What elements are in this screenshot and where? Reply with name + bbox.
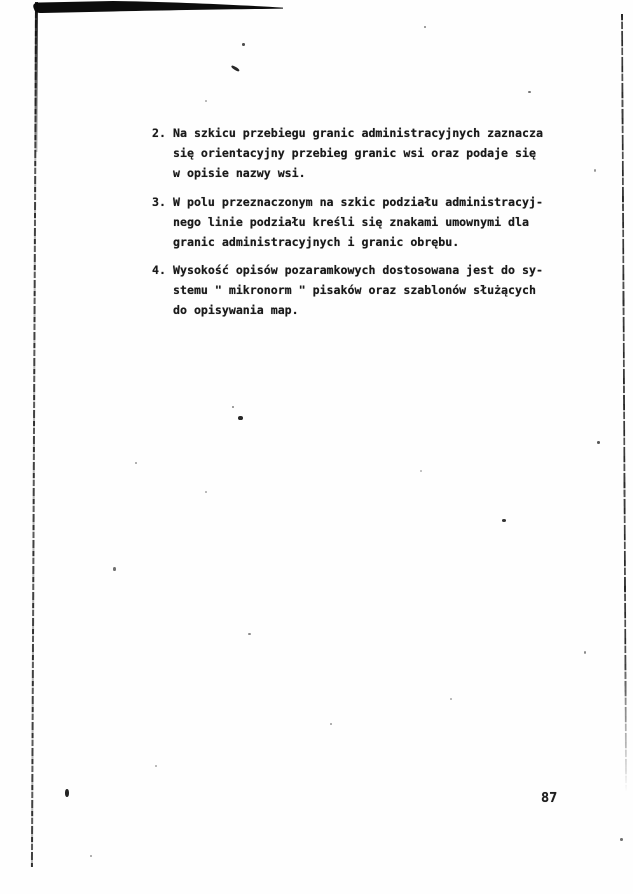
scan-artifact-top-edge bbox=[28, 0, 290, 16]
scan-speck bbox=[450, 698, 452, 700]
scan-artifact-left-edge bbox=[31, 5, 37, 867]
paragraph-item-4: 4. Wysokość opisów pozaramkowych dostoso… bbox=[152, 260, 572, 320]
scan-speck bbox=[90, 855, 92, 857]
scan-artifact-right-edge bbox=[621, 14, 627, 792]
scan-speck bbox=[620, 838, 623, 841]
scan-speck bbox=[420, 470, 422, 472]
scan-speck bbox=[65, 789, 69, 797]
scan-speck bbox=[424, 26, 426, 28]
paragraph-number: 3. bbox=[152, 192, 166, 212]
text-line: Na szkicu przebiegu granic administracyj… bbox=[152, 123, 572, 143]
scan-speck bbox=[242, 43, 245, 46]
scan-speck bbox=[232, 406, 234, 408]
paragraph-item-3: 3. W polu przeznaczonym na szkic podział… bbox=[152, 192, 572, 252]
text-line: granic administracyjnych i granic obrębu… bbox=[152, 232, 572, 252]
scan-speck bbox=[113, 567, 116, 571]
scan-speck bbox=[597, 441, 600, 444]
scan-speck bbox=[205, 491, 207, 493]
text-line: nego linie podziału kreśli się znakami u… bbox=[152, 212, 572, 232]
scan-speck bbox=[528, 91, 531, 93]
scan-speck bbox=[155, 765, 157, 767]
text-line: W polu przeznaczonym na szkic podziału a… bbox=[152, 192, 572, 212]
text-line: stemu " mikronorm " pisaków oraz szablon… bbox=[152, 280, 572, 300]
scan-speck bbox=[248, 633, 251, 635]
paragraph-number: 4. bbox=[152, 260, 166, 280]
scan-speck bbox=[205, 100, 207, 102]
scan-speck bbox=[238, 416, 243, 420]
scan-speck bbox=[584, 651, 586, 654]
paragraph-item-2: 2. Na szkicu przebiegu granic administra… bbox=[152, 123, 572, 183]
paragraph-number: 2. bbox=[152, 123, 166, 143]
scan-speck bbox=[594, 169, 596, 172]
scan-speck bbox=[330, 723, 332, 725]
text-line: do opisywania map. bbox=[152, 300, 572, 320]
scan-speck bbox=[135, 462, 137, 464]
text-line: się orientacyjny przebieg granic wsi ora… bbox=[152, 143, 572, 163]
scanned-document-page: 2. Na szkicu przebiegu granic administra… bbox=[0, 0, 633, 894]
text-line: w opisie nazwy wsi. bbox=[152, 163, 572, 183]
scan-speck bbox=[231, 65, 240, 72]
text-line: Wysokość opisów pozaramkowych dostosowan… bbox=[152, 260, 572, 280]
scan-speck bbox=[502, 519, 506, 522]
page-number: 87 bbox=[541, 789, 557, 807]
